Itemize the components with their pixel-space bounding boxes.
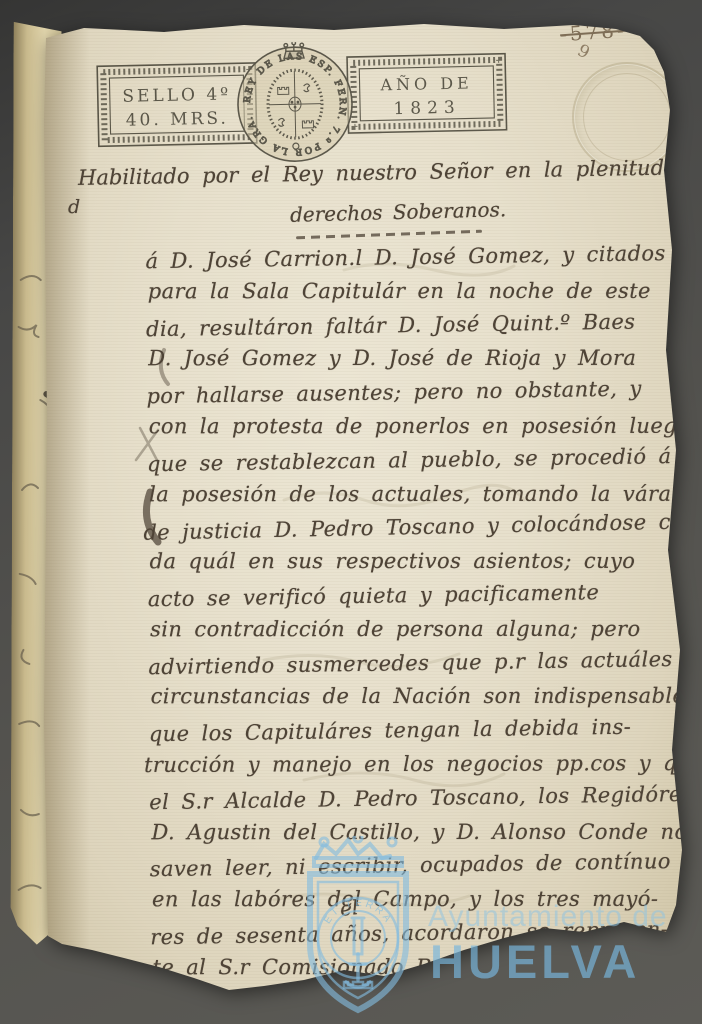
scanned-manuscript-photo: -578- 9 SELLO 4º 40. MRS. AÑO DE 1823 — [0, 0, 702, 1024]
manuscript-line: acto se verificó quieta y pacificamente — [148, 575, 688, 617]
stamp-right-box: AÑO DE 1823 — [347, 54, 507, 133]
manuscript-line: te al S.r Comisionado Regio para que — [152, 950, 692, 984]
manuscript-line: res de sesenta años, acordaron se repres… — [150, 913, 690, 955]
manuscript-line: que los Capituláres tengan la debida ins… — [149, 710, 689, 752]
folio-number: -578- — [559, 18, 627, 47]
manuscript-line: saven leer, ni escribir, ocupados de con… — [150, 845, 690, 887]
manuscript-line: D. Agustin del Castillo, y D. Alonso Con… — [152, 815, 692, 849]
revenue-stamp: SELLO 4º 40. MRS. AÑO DE 1823 REY DE LAS… — [91, 38, 514, 171]
stamp-left-box: SELLO 4º 40. MRS. — [97, 63, 257, 146]
manuscript-line: por hallarse ausentes; pero no obstante,… — [146, 372, 686, 414]
manuscript-line: el S.r Alcalde D. Pedro Toscano, los Reg… — [149, 778, 689, 820]
manuscript-line: en las labóres del Campo, y los tres may… — [152, 883, 692, 917]
page-wrap: -578- 9 SELLO 4º 40. MRS. AÑO DE 1823 — [44, 20, 702, 1024]
manuscript-line: á D. José Carrion.l D. José Gomez, y cit… — [145, 237, 685, 279]
manuscript-line: circunstancias de la Nación son indispen… — [151, 680, 691, 714]
stamp-right-line1: AÑO DE — [379, 72, 473, 94]
stamp-left-line2: 40. MRS. — [126, 109, 229, 131]
manuscript-body: á D. José Carrion.l D. José Gomez, y cit… — [145, 239, 690, 986]
manuscript-line: trucción y manejo en los negocios pp.cos… — [144, 747, 684, 783]
stamp-right-line2: 1823 — [393, 98, 461, 119]
manuscript-line: dia, resultáron faltár D. José Quint.º B… — [146, 304, 686, 346]
margin-mark: d — [68, 196, 80, 218]
manuscript-line: da quál en sus respectivos asientos; cuy… — [150, 545, 690, 579]
manuscript-line: sin contradicción de persona alguna; per… — [150, 613, 690, 647]
manuscript-line: D. José Gomez y D. José de Rioja y Mora — [148, 342, 688, 376]
stamp-left-line1: SELLO 4º — [122, 84, 231, 106]
manuscript-line: que se restablezcan al pueblo, se proced… — [147, 440, 687, 482]
manuscript-page: -578- 9 SELLO 4º 40. MRS. AÑO DE 1823 — [44, 20, 692, 1012]
manuscript-line: para la Sala Capitulár en la noche de es… — [148, 275, 688, 309]
manuscript-line: advirtiendo susmercedes que p.r las actu… — [148, 642, 688, 684]
manuscript-line: con la protesta de ponerlos en posesión … — [149, 410, 689, 444]
interline-correction: el — [339, 895, 360, 921]
